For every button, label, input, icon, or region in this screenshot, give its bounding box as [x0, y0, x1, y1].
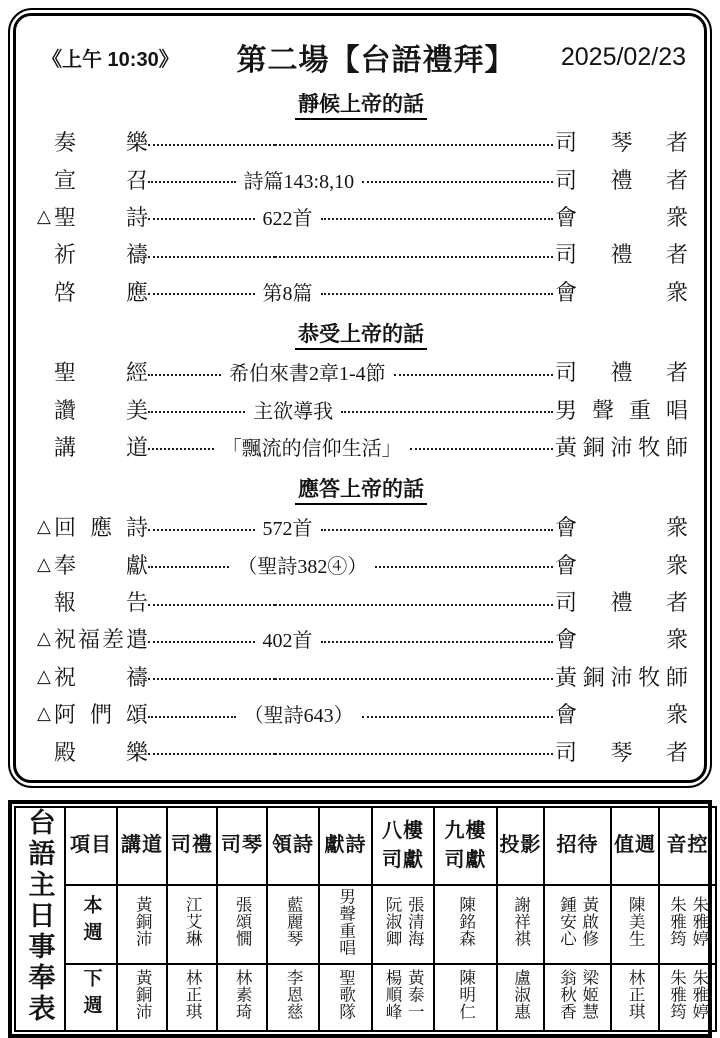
column-header-preacher: 講道: [117, 807, 167, 885]
column-header-text: 司禮: [171, 831, 213, 860]
duty-row-next-week: 下週 黃銅沛 林正琪 林素琦 李恩慈 聖歌隊 黃泰一 楊順峰 陳明仁 盧淑惠 梁…: [15, 964, 716, 1031]
column-header-text: 領詩: [272, 831, 314, 860]
duty-roster-border: 台語主日事奉表 項目 講道 司禮 司琴 領詩 獻詩 八樓 司獻 九樓 司獻 投影…: [8, 800, 712, 1038]
duty-name: 黃泰一 楊順峰: [381, 969, 426, 1020]
column-header-8f-offering: 八樓 司獻: [372, 807, 434, 885]
column-header-song-leader: 領詩: [267, 807, 319, 885]
section-title-text: 應答上帝的話: [295, 477, 427, 505]
duty-cell: 梁姬慧 翁秋香: [544, 964, 611, 1031]
column-header-audio: 音控: [659, 807, 716, 885]
column-header-text: 投影: [500, 831, 542, 860]
program-row: 宣召 詩篇143:8,10 司禮者: [32, 160, 690, 197]
duty-cell: 男聲重唱: [319, 885, 372, 964]
program-row: △ 回應詩 572首 會衆: [32, 508, 690, 545]
service-date: 2025/02/23: [540, 43, 690, 72]
program-row: 講道 「飄流的信仰生活」 黃銅沛牧師: [32, 428, 690, 465]
item-label: 報告: [54, 586, 148, 617]
section-title: 應答上帝的話: [32, 476, 690, 503]
column-header-text: 項目: [70, 831, 112, 860]
duty-table: 台語主日事奉表 項目 講道 司禮 司琴 領詩 獻詩 八樓 司獻 九樓 司獻 投影…: [14, 806, 717, 1032]
item-content: 572首: [255, 512, 321, 541]
performer-label: 會衆: [555, 276, 688, 307]
duty-cell: 盧淑惠: [497, 964, 544, 1031]
triangle-mark: △: [37, 206, 54, 227]
dotted-leader: [148, 641, 255, 643]
duty-name: 陳銘森: [454, 896, 476, 947]
duty-name: 盧淑惠: [509, 969, 531, 1020]
column-header-text: 講道: [121, 831, 163, 860]
item-label: 奉獻: [54, 549, 148, 580]
performer-label: 男聲重唱: [555, 394, 688, 425]
dotted-leader: [362, 181, 553, 183]
item-label: 聖經: [54, 356, 148, 387]
service-time: 《上午 10:30》: [32, 43, 212, 72]
column-header-text: 八樓 司獻: [382, 817, 424, 875]
item-label: 奏樂: [54, 126, 148, 157]
duty-cell: 黃銅沛: [117, 885, 167, 964]
triangle-mark: △: [37, 628, 54, 649]
dotted-leader: [148, 716, 236, 718]
item-label: 殿樂: [54, 736, 148, 767]
item-content: 希伯來書2章1-4節: [221, 357, 394, 386]
performer-label: 會衆: [555, 698, 688, 729]
row-label-cell: 本週: [65, 885, 117, 964]
duty-cell: 張清海 阮淑卿: [372, 885, 434, 964]
duty-cell: 張頌憪: [217, 885, 267, 964]
dotted-leader: [410, 448, 553, 450]
performer-label: 會衆: [555, 511, 688, 542]
duty-cell: 聖歌隊: [319, 964, 372, 1031]
duty-row-this-week: 本週 黃銅沛 江艾琳 張頌憪 藍麗琴 男聲重唱 張清海 阮淑卿 陳銘森 謝祥祺 …: [15, 885, 716, 964]
performer-label: 司琴者: [555, 736, 688, 767]
program-row: 奏樂 司琴者: [32, 123, 690, 160]
page-title: 第二場【台語禮拜】: [212, 35, 540, 79]
duty-name: 陳明仁: [454, 969, 476, 1020]
duty-name: 黃銅沛: [131, 969, 153, 1020]
dotted-leader: [148, 218, 255, 220]
program-box-inner: 《上午 10:30》 第二場【台語禮拜】 2025/02/23 靜候上帝的話 奏…: [13, 13, 707, 783]
program-row: △ 奉獻 （聖詩382④） 會衆: [32, 546, 690, 583]
duty-name: 江艾琳: [181, 896, 203, 947]
duty-cell: 江艾琳: [167, 885, 217, 964]
column-header-ushers: 招待: [544, 807, 611, 885]
duty-cell: 朱雅婷 朱雅筠: [659, 885, 716, 964]
item-label: 聖詩: [54, 201, 148, 232]
item-content: （聖詩643）: [236, 699, 362, 728]
column-header-text: 九樓 司獻: [445, 817, 487, 875]
duty-name: 李恩慈: [282, 969, 304, 1020]
duty-name: 陳美生: [624, 896, 646, 947]
duty-cell: 朱雅婷 朱雅筠: [659, 964, 716, 1031]
duty-cell: 黃啟修 鍾安心: [544, 885, 611, 964]
column-header-9f-offering: 九樓 司獻: [434, 807, 497, 885]
duty-cell: 謝祥祺: [497, 885, 544, 964]
dotted-leader: [275, 753, 553, 755]
dotted-leader: [148, 448, 214, 450]
column-header-duty-week: 值週: [611, 807, 659, 885]
column-header-anthem: 獻詩: [319, 807, 372, 885]
dotted-leader: [321, 641, 553, 643]
duty-name: 朱雅婷 朱雅筠: [665, 969, 710, 1020]
dotted-leader: [148, 374, 221, 376]
program-row: 殿樂 司琴者: [32, 732, 690, 769]
column-header-text: 音控: [667, 831, 709, 860]
item-label: 祈禱: [54, 238, 148, 269]
dotted-leader: [321, 218, 553, 220]
dotted-leader: [148, 678, 275, 680]
dotted-leader: [394, 374, 553, 376]
dotted-leader: [375, 566, 553, 568]
dotted-leader: [148, 293, 255, 295]
dotted-leader: [148, 256, 275, 258]
dotted-leader: [275, 604, 553, 606]
performer-label: 黃銅沛牧師: [555, 661, 688, 692]
performer-label: 會衆: [555, 623, 688, 654]
item-content: 第8篇: [255, 277, 321, 306]
program-row: 祈禱 司禮者: [32, 235, 690, 272]
dotted-leader: [341, 411, 553, 413]
dotted-leader: [321, 529, 553, 531]
duty-name: 朱雅婷 朱雅筠: [665, 896, 710, 947]
duty-name: 林素琦: [231, 969, 253, 1020]
item-label: 祝禱: [54, 661, 148, 692]
program-row: △ 祝福差遣 402首 會衆: [32, 620, 690, 657]
section-title-text: 恭受上帝的話: [295, 322, 427, 350]
program-row: 報告 司禮者: [32, 583, 690, 620]
duty-name: 林正琪: [624, 969, 646, 1020]
dotted-leader: [321, 293, 553, 295]
program-row: 聖經 希伯來書2章1-4節 司禮者: [32, 353, 690, 390]
dotted-leader: [275, 678, 553, 680]
column-header-liturgist: 司禮: [167, 807, 217, 885]
dotted-leader: [148, 753, 275, 755]
triangle-mark: △: [37, 516, 54, 537]
duty-name: 藍麗琴: [282, 896, 304, 947]
program-row: △ 聖詩 622首 會衆: [32, 198, 690, 235]
program-header: 《上午 10:30》 第二場【台語禮拜】 2025/02/23: [32, 34, 690, 80]
item-label: 啓應: [54, 276, 148, 307]
dotted-leader: [148, 604, 275, 606]
item-content: 622首: [255, 202, 321, 231]
item-label: 宣召: [54, 164, 148, 195]
column-header-text: 招待: [557, 831, 599, 860]
duty-name: 張頌憪: [231, 896, 253, 947]
item-label: 回應詩: [54, 511, 148, 542]
duty-cell: 林正琪: [167, 964, 217, 1031]
item-label: 祝福差遣: [54, 623, 148, 654]
duty-roster: 台語主日事奉表 項目 講道 司禮 司琴 領詩 獻詩 八樓 司獻 九樓 司獻 投影…: [8, 800, 712, 1038]
duty-name: 梁姬慧 翁秋香: [555, 969, 600, 1020]
dotted-leader: [148, 144, 275, 146]
duty-cell: 藍麗琴: [267, 885, 319, 964]
column-header-item: 項目: [65, 807, 117, 885]
column-header-text: 獻詩: [325, 831, 367, 860]
dotted-leader: [362, 716, 553, 718]
row-label-cell: 下週: [65, 964, 117, 1031]
duty-name: 謝祥祺: [509, 896, 531, 947]
item-content: 詩篇143:8,10: [236, 165, 363, 194]
duty-cell: 陳美生: [611, 885, 659, 964]
duty-cell: 林正琪: [611, 964, 659, 1031]
performer-label: 司禮者: [555, 356, 688, 387]
performer-label: 司禮者: [555, 586, 688, 617]
section-title-text: 靜候上帝的話: [295, 92, 427, 120]
duty-cell: 陳明仁: [434, 964, 497, 1031]
column-header-text: 司琴: [221, 831, 263, 860]
item-content: 主欲導我: [245, 395, 341, 424]
duty-name: 黃啟修 鍾安心: [555, 896, 600, 947]
item-content: 「飄流的信仰生活」: [214, 432, 410, 461]
dotted-leader: [148, 411, 245, 413]
column-header-projection: 投影: [497, 807, 544, 885]
item-content: 402首: [255, 624, 321, 653]
bulletin-page: { "header": { "time": "《上午 10:30》", "tit…: [0, 0, 720, 1017]
program-row: 啓應 第8篇 會衆: [32, 273, 690, 310]
item-label: 阿們頌: [54, 698, 148, 729]
row-label: 下週: [78, 968, 105, 1022]
triangle-mark: △: [37, 554, 54, 575]
column-header-pianist: 司琴: [217, 807, 267, 885]
row-label: 本週: [78, 895, 105, 949]
duty-name: 男聲重唱: [334, 888, 356, 956]
duty-cell: 李恩慈: [267, 964, 319, 1031]
duty-name: 林正琪: [181, 969, 203, 1020]
duty-cell: 黃銅沛: [117, 964, 167, 1031]
duty-cell: 陳銘森: [434, 885, 497, 964]
duty-cell: 林素琦: [217, 964, 267, 1031]
duty-name: 張清海 阮淑卿: [381, 896, 426, 947]
triangle-mark: △: [37, 703, 54, 724]
duty-name: 聖歌隊: [334, 969, 356, 1020]
performer-label: 司禮者: [555, 238, 688, 269]
duty-name: 黃銅沛: [131, 896, 153, 947]
duty-header-row: 台語主日事奉表 項目 講道 司禮 司琴 領詩 獻詩 八樓 司獻 九樓 司獻 投影…: [15, 807, 716, 885]
triangle-mark: △: [37, 666, 54, 687]
performer-label: 會衆: [555, 549, 688, 580]
duty-side-title-cell: 台語主日事奉表: [15, 807, 65, 1031]
performer-label: 會衆: [555, 201, 688, 232]
item-content: （聖詩382④）: [229, 550, 375, 579]
item-label: 讚美: [54, 394, 148, 425]
performer-label: 黃銅沛牧師: [555, 431, 688, 462]
program-row: △ 祝禱 黃銅沛牧師: [32, 658, 690, 695]
duty-side-title: 台語主日事奉表: [21, 808, 60, 1025]
program-row: △ 阿們頌 （聖詩643） 會衆: [32, 695, 690, 732]
section-title: 恭受上帝的話: [32, 321, 690, 348]
performer-label: 司琴者: [555, 126, 688, 157]
program-box: 《上午 10:30》 第二場【台語禮拜】 2025/02/23 靜候上帝的話 奏…: [8, 8, 712, 788]
program-row: 讚美 主欲導我 男聲重唱: [32, 390, 690, 427]
dotted-leader: [148, 566, 229, 568]
dotted-leader: [275, 144, 553, 146]
column-header-text: 值週: [614, 831, 656, 860]
dotted-leader: [148, 529, 255, 531]
dotted-leader: [275, 256, 553, 258]
duty-cell: 黃泰一 楊順峰: [372, 964, 434, 1031]
item-label: 講道: [54, 431, 148, 462]
bulletin-sheet: 《上午 10:30》 第二場【台語禮拜】 2025/02/23 靜候上帝的話 奏…: [0, 0, 720, 1038]
dotted-leader: [148, 181, 236, 183]
section-title: 靜候上帝的話: [32, 91, 690, 118]
performer-label: 司禮者: [555, 164, 688, 195]
